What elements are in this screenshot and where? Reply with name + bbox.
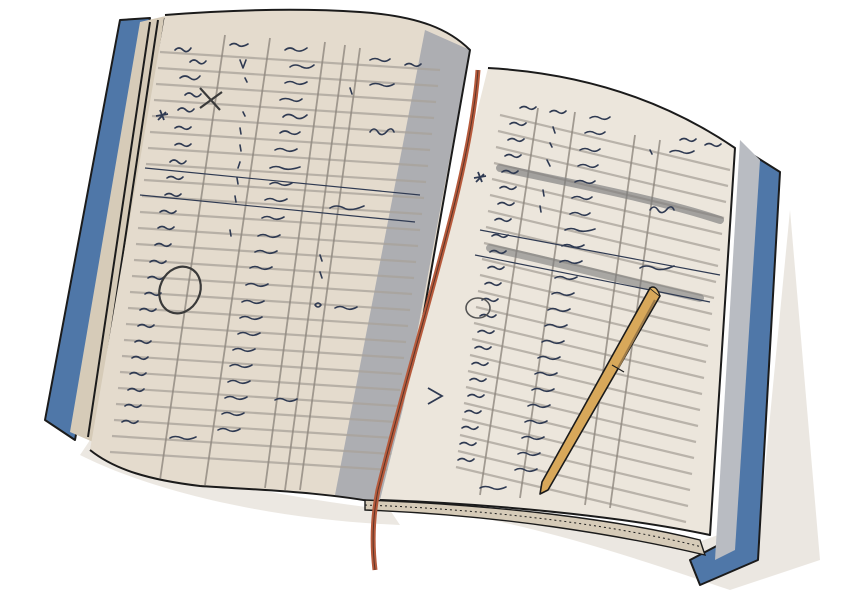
ledger-illustration [0,0,860,600]
